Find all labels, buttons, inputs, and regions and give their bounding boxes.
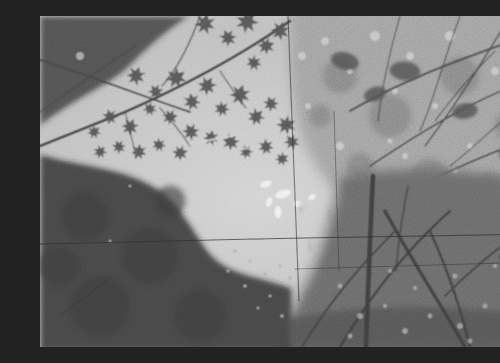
photo-canvas: Grainy monochrome photograph of tree bra…: [40, 16, 500, 347]
film-grain: [40, 16, 500, 347]
photograph: Grainy monochrome photograph of tree bra…: [40, 16, 500, 347]
